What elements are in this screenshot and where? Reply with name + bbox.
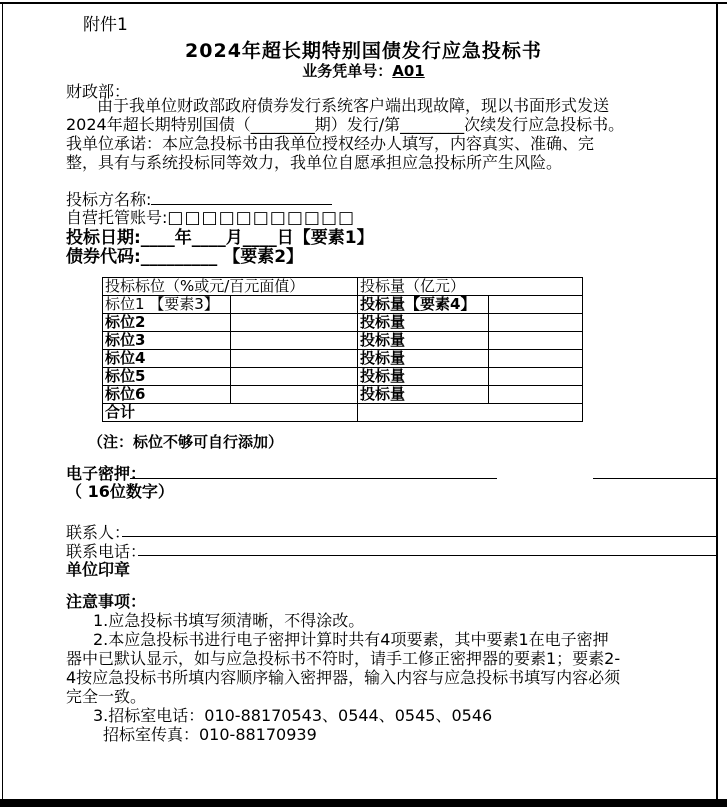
page-border-top xyxy=(0,2,727,4)
total-label: 合计 xyxy=(103,404,358,422)
position-label: 标位4 xyxy=(103,350,231,368)
amount-value-blank xyxy=(489,314,583,332)
position-label: 标位2 xyxy=(103,314,231,332)
position-label: 标位6 xyxy=(103,386,231,404)
contact-person-blank xyxy=(122,536,716,537)
amount-label: 投标量 xyxy=(358,314,489,332)
bond-code-field: 债券代码:_________ 【要素2】 xyxy=(66,242,303,267)
notes-line-3: 器中已默认显示，如与应急投标书不符时，请手工修正密押器的要素1；要素2- xyxy=(66,649,676,668)
amount-value-blank xyxy=(489,368,583,386)
header-bid-amount: 投标量（亿元） xyxy=(358,278,583,296)
position-label: 标位3 xyxy=(103,332,231,350)
bid-table-row-4: 标位4 投标量 xyxy=(103,350,583,368)
amount-value-blank xyxy=(489,296,583,314)
bid-table: 投标标位（%或元/百元面值） 投标量（亿元） 标位1 【要素3】 投标量【要素4… xyxy=(102,277,583,422)
doc-number-line: 业务凭单号：A01 xyxy=(0,60,727,81)
notes-heading: 注意事项： xyxy=(66,592,676,611)
scanned-form-page: 附件1 2024年超长期特别国债发行应急投标书 业务凭单号：A01 财政部： 由… xyxy=(0,0,727,807)
total-value-blank xyxy=(358,404,583,422)
notes-line-4: 4按应急投标书所填内容顺序输入密押器，输入内容与应急投标书填写内容必须 xyxy=(66,668,676,687)
header-bid-position: 投标标位（%或元/百元面值） xyxy=(103,278,358,296)
intro-line-4: 整，具有与系统投标同等效力，我单位自愿承担应急投标所产生风险。 xyxy=(66,153,666,172)
bidder-name-blank xyxy=(151,191,332,205)
amount-value-blank xyxy=(489,332,583,350)
intro-line-1: 由于我单位财政部政府债券发行系统客户端出现故障，现以书面形式发送 xyxy=(66,96,666,115)
cipher-blank-2 xyxy=(593,478,716,479)
position-value-blank xyxy=(231,296,358,314)
cipher-hint: （ 16位数字） xyxy=(66,479,174,502)
unit-seal-label: 单位印章 xyxy=(66,557,130,580)
table-note: （注：标位不够可自行添加） xyxy=(88,431,283,452)
amount-value-blank xyxy=(489,350,583,368)
position-value-blank xyxy=(231,368,358,386)
position-label: 标位5 xyxy=(103,368,231,386)
amount-value-blank xyxy=(489,386,583,404)
doc-number-value: A01 xyxy=(392,62,424,80)
amount-label: 投标量 xyxy=(358,386,489,404)
bid-table-row-5: 标位5 投标量 xyxy=(103,368,583,386)
notes-section: 注意事项： 1.应急投标书填写须清晰，不得涂改。 2.本应急投标书进行电子密押计… xyxy=(66,592,676,744)
notes-line-7: 招标室传真：010-88170939 xyxy=(66,725,676,744)
attachment-label: 附件1 xyxy=(83,10,128,35)
bid-table-row-1: 标位1 【要素3】 投标量【要素4】 xyxy=(103,296,583,314)
page-border-left xyxy=(2,2,3,799)
bid-table-total-row: 合计 xyxy=(103,404,583,422)
bid-table-row-2: 标位2 投标量 xyxy=(103,314,583,332)
notes-line-2: 2.本应急投标书进行电子密押计算时共有4项要素，其中要素1在电子密押 xyxy=(66,630,676,649)
page-border-right xyxy=(716,2,718,799)
form-title: 2024年超长期特别国债发行应急投标书 xyxy=(0,36,727,63)
bid-table-row-6: 标位6 投标量 xyxy=(103,386,583,404)
position-label: 标位1 【要素3】 xyxy=(103,296,231,314)
position-value-blank xyxy=(231,386,358,404)
notes-line-6: 3.招标室电话：010-88170543、0544、0545、0546 xyxy=(66,706,676,725)
position-value-blank xyxy=(231,332,358,350)
page-border-bottom xyxy=(0,799,727,807)
notes-line-1: 1.应急投标书填写须清晰，不得涂改。 xyxy=(66,611,676,630)
bid-table-row-3: 标位3 投标量 xyxy=(103,332,583,350)
contact-phone-blank xyxy=(138,555,716,556)
bid-table-header-row: 投标标位（%或元/百元面值） 投标量（亿元） xyxy=(103,278,583,296)
amount-label: 投标量【要素4】 xyxy=(358,296,489,314)
amount-label: 投标量 xyxy=(358,332,489,350)
amount-label: 投标量 xyxy=(358,350,489,368)
intro-line-2: 2024年超长期特别国债（________期）发行/第________次续发行应… xyxy=(66,115,666,134)
doc-number-label: 业务凭单号： xyxy=(302,62,392,80)
intro-line-3: 我单位承诺：本应急投标书由我单位授权经办人填写，内容真实、准确、完 xyxy=(66,134,666,153)
cipher-blank-1 xyxy=(130,478,497,479)
intro-paragraph: 由于我单位财政部政府债券发行系统客户端出现故障，现以书面形式发送 2024年超长… xyxy=(66,96,666,172)
position-value-blank xyxy=(231,314,358,332)
notes-line-5: 完全一致。 xyxy=(66,687,676,706)
position-value-blank xyxy=(231,350,358,368)
amount-label: 投标量 xyxy=(358,368,489,386)
